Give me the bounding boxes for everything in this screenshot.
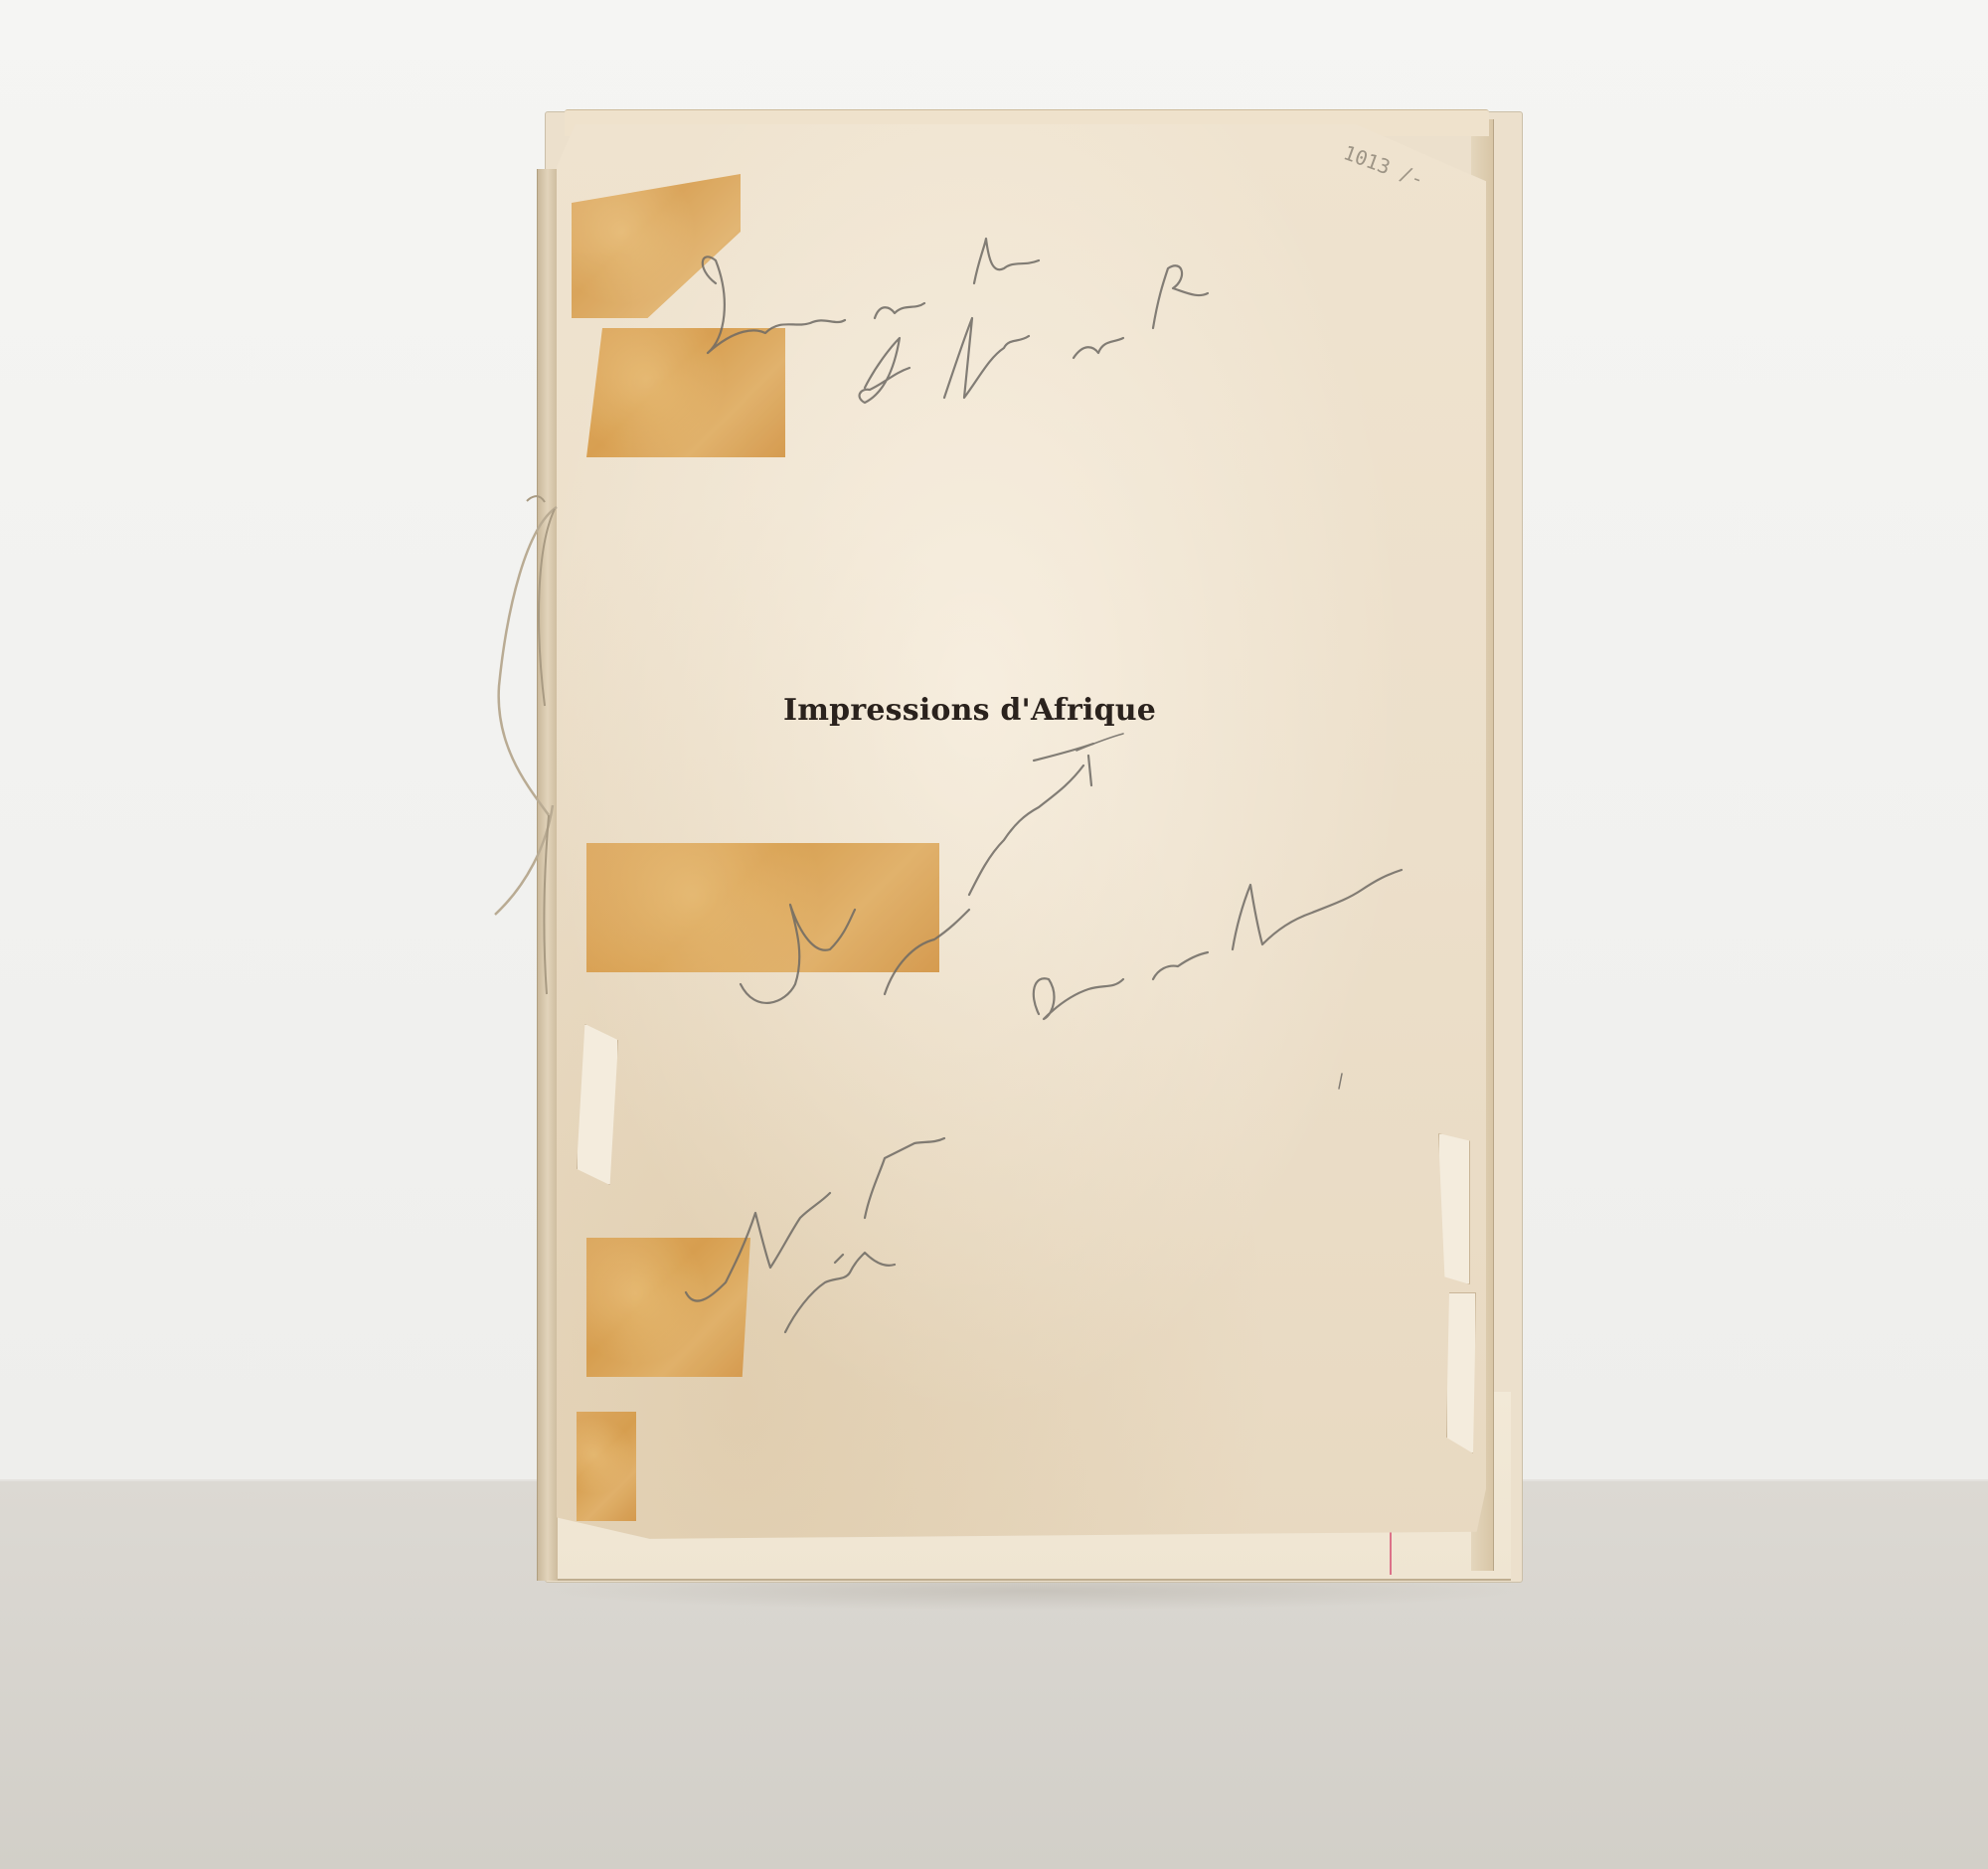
book-spine-edge [537,169,558,1581]
annotation-text-1: Simone pour dite [716,298,725,299]
tape-patch [586,843,939,972]
tape-patch [586,1238,750,1377]
torn-paper-edge [1446,1292,1476,1453]
annotation-text-2: Jolie fille de Perth [865,378,874,379]
annotation-text-4: Anus pour tableau [1034,954,1043,955]
annotation-text-3: Lotis pour blonde! [755,895,764,896]
tape-patch [577,1412,636,1521]
annotation-text-5: Gabriela pour prêtres [686,1243,697,1244]
tape-patch [586,328,785,457]
book-title: Impressions d'Afrique [783,693,1181,728]
